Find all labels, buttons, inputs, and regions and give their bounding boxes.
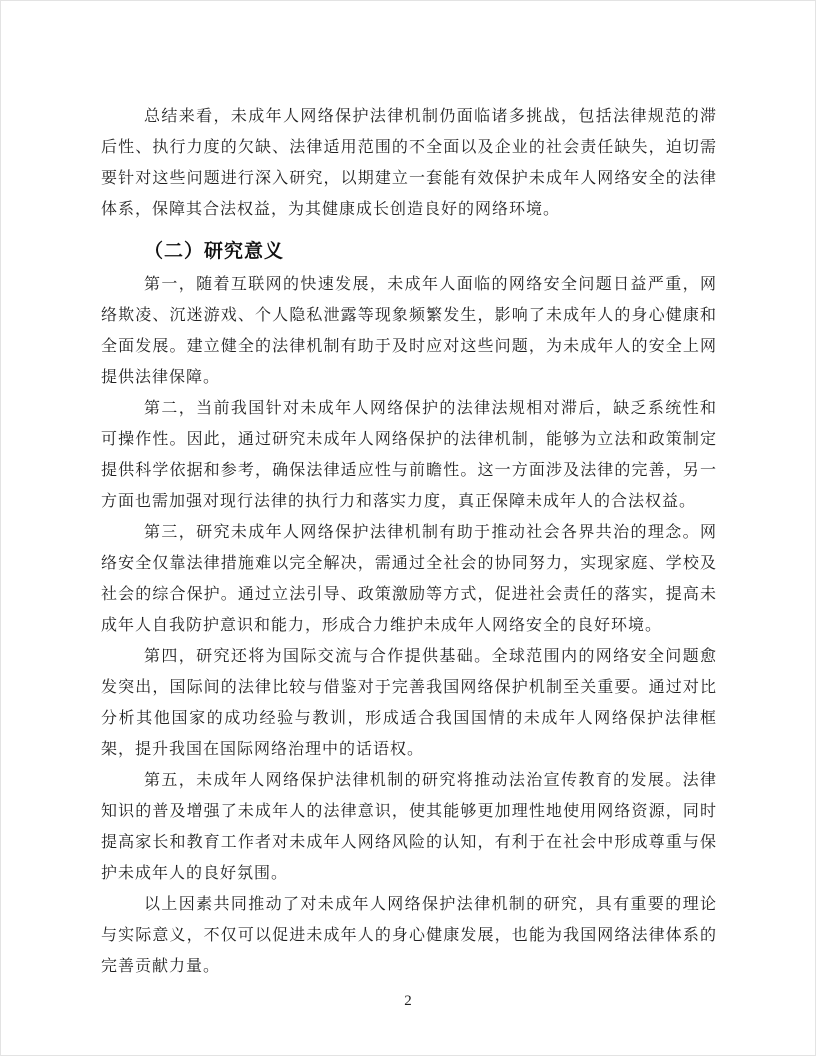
paragraph-third: 第三，研究未成年人网络保护法律机制有助于推动社会各界共治的理念。网络安全仅靠法律… <box>101 517 717 641</box>
section-heading: （二）研究意义 <box>101 237 717 267</box>
paragraph-fourth: 第四，研究还将为国际交流与合作提供基础。全球范围内的网络安全问题愈发突出，国际间… <box>101 641 717 765</box>
paragraph-first: 第一，随着互联网的快速发展，未成年人面临的网络安全问题日益严重，网络欺凌、沉迷游… <box>101 269 717 393</box>
document-page: 总结来看，未成年人网络保护法律机制仍面临诸多挑战，包括法律规范的滞后性、执行力度… <box>0 0 816 1056</box>
document-body: 总结来看，未成年人网络保护法律机制仍面临诸多挑战，包括法律规范的滞后性、执行力度… <box>101 101 717 982</box>
paragraph-conclusion: 以上因素共同推动了对未成年人网络保护法律机制的研究，具有重要的理论与实际意义，不… <box>101 889 717 982</box>
paragraph-second: 第二，当前我国针对未成年人网络保护的法律法规相对滞后，缺乏系统性和可操作性。因此… <box>101 393 717 517</box>
intro-paragraph: 总结来看，未成年人网络保护法律机制仍面临诸多挑战，包括法律规范的滞后性、执行力度… <box>101 101 717 225</box>
paragraph-fifth: 第五，未成年人网络保护法律机制的研究将推动法治宣传教育的发展。法律知识的普及增强… <box>101 765 717 889</box>
page-number: 2 <box>1 991 815 1011</box>
